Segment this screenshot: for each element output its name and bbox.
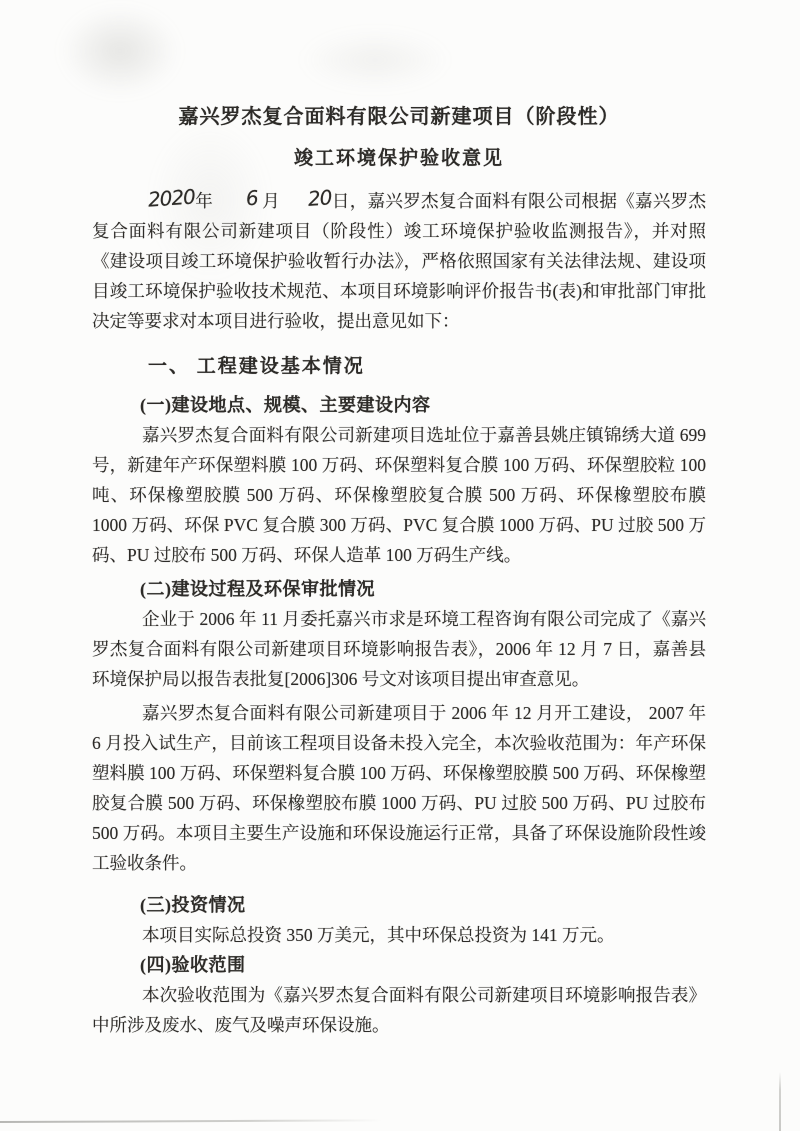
subsection-1-paragraph: 嘉兴罗杰复合面料有限公司新建项目选址位于嘉善县姚庄镇锦绣大道 699 号，新建年… bbox=[92, 420, 706, 570]
subsection-4-heading: (四)验收范围 bbox=[92, 950, 706, 980]
scan-artifact-line-bottom bbox=[0, 1119, 382, 1123]
subsection-3-paragraph: 本项目实际总投资 350 万美元，其中环保总投资为 141 万元。 bbox=[92, 920, 706, 950]
handwritten-year: 2020 bbox=[119, 186, 195, 211]
subsection-2-paragraph-2: 嘉兴罗杰复合面料有限公司新建项目于 2006 年 12 月开工建设， 2007 … bbox=[92, 698, 706, 878]
subsection-4-paragraph: 本次验收范围为《嘉兴罗杰复合面料有限公司新建项目环境影响报告表》中所涉及废水、废… bbox=[92, 980, 706, 1040]
handwritten-day: 20 bbox=[279, 187, 332, 211]
section-1-heading: 一、 工程建设基本情况 bbox=[92, 352, 706, 382]
intro-paragraph: 2020年 6 月20日，嘉兴罗杰复合面料有限公司根据《嘉兴罗杰复合面料有限公司… bbox=[92, 186, 706, 336]
day-unit-label: 日， bbox=[332, 191, 368, 211]
document-content: 嘉兴罗杰复合面料有限公司新建项目（阶段性） 竣工环境保护验收意见 2020年 6… bbox=[92, 102, 706, 1040]
subsection-2-paragraph-1: 企业于 2006 年 11 月委托嘉兴市求是环境工程咨询有限公司完成了《嘉兴罗杰… bbox=[92, 604, 706, 694]
doc-title-line2: 竣工环境保护验收意见 bbox=[92, 144, 706, 174]
year-unit-label: 年 bbox=[195, 191, 213, 211]
scan-smudge bbox=[300, 30, 450, 90]
scanned-document-page: 嘉兴罗杰复合面料有限公司新建项目（阶段性） 竣工环境保护验收意见 2020年 6… bbox=[0, 0, 800, 1131]
intro-body-text: 嘉兴罗杰复合面料有限公司根据《嘉兴罗杰复合面料有限公司新建项目（阶段性）竣工环境… bbox=[92, 191, 706, 331]
doc-title-line1: 嘉兴罗杰复合面料有限公司新建项目（阶段性） bbox=[92, 102, 706, 132]
handwritten-month: 6 bbox=[217, 188, 258, 211]
subsection-1-heading: (一)建设地点、规模、主要建设内容 bbox=[92, 390, 706, 420]
scan-artifact-line-right bbox=[779, 1072, 781, 1131]
scan-smudge bbox=[60, 6, 180, 96]
month-unit-label: 月 bbox=[262, 191, 280, 211]
subsection-3-heading: (三)投资情况 bbox=[92, 890, 706, 920]
subsection-2-heading: (二)建设过程及环保审批情况 bbox=[92, 574, 706, 604]
